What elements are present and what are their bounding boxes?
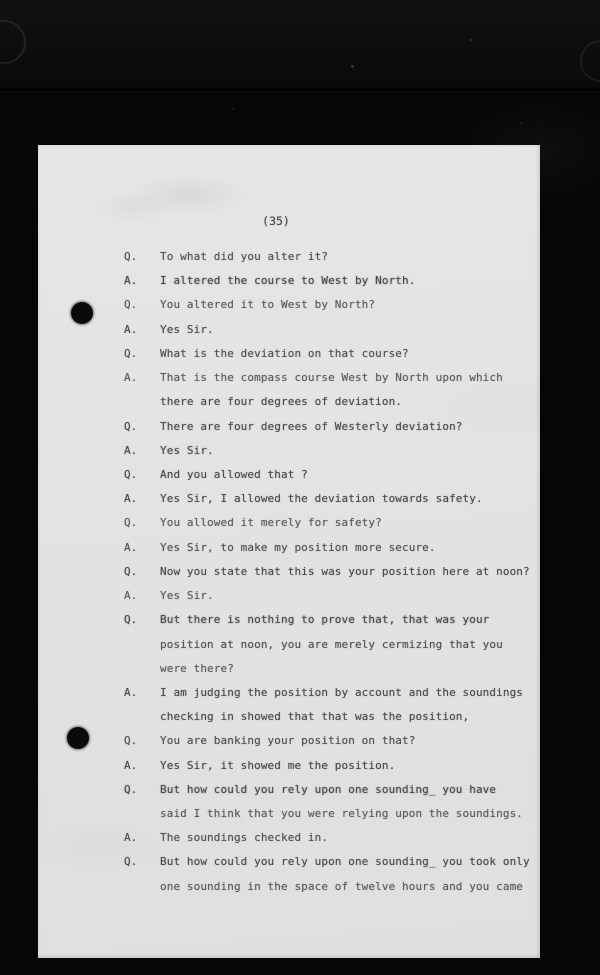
line-text: The soundings checked in. xyxy=(160,831,524,855)
line-text: You are banking your position on that? xyxy=(160,734,524,758)
transcript-line: A.Yes Sir, I allowed the deviation towar… xyxy=(124,492,524,516)
dust-speck xyxy=(60,97,62,99)
transcript-line: were there? xyxy=(124,662,524,686)
dust-speck xyxy=(470,39,472,41)
speaker-label: A. xyxy=(124,589,160,613)
speaker-label xyxy=(124,638,160,662)
transcript-line: Q.You are banking your position on that? xyxy=(124,734,524,758)
speaker-label: A. xyxy=(124,274,160,298)
transcript-line: one sounding in the space of twelve hour… xyxy=(124,880,524,904)
line-text: You altered it to West by North? xyxy=(160,298,524,322)
line-text: one sounding in the space of twelve hour… xyxy=(160,880,524,904)
line-text: I am judging the position by account and… xyxy=(160,686,524,710)
line-text: What is the deviation on that course? xyxy=(160,347,524,371)
transcript-line: A.I altered the course to West by North. xyxy=(124,274,524,298)
speaker-label: A. xyxy=(124,686,160,710)
speaker-label: A. xyxy=(124,759,160,783)
speaker-label xyxy=(124,710,160,734)
dust-speck xyxy=(232,108,234,110)
line-text: checking in showed that that was the pos… xyxy=(160,710,524,734)
speaker-label: Q. xyxy=(124,250,160,274)
transcript-line: Q.But how could you rely upon one soundi… xyxy=(124,855,524,879)
transcript-line: Q.There are four degrees of Westerly dev… xyxy=(124,420,524,444)
speaker-label: Q. xyxy=(124,468,160,492)
speaker-label: A. xyxy=(124,371,160,395)
transcript-lines: Q.To what did you alter it?A.I altered t… xyxy=(124,250,524,904)
line-text: But how could you rely upon one sounding… xyxy=(160,783,524,807)
transcript-line: A.Yes Sir, to make my position more secu… xyxy=(124,541,524,565)
film-top-band xyxy=(0,0,600,88)
dust-speck xyxy=(351,65,354,68)
scanned-page: (35) Q.To what did you alter it?A.I alte… xyxy=(38,145,540,958)
line-text: Yes Sir. xyxy=(160,589,524,613)
transcript-line: Q.To what did you alter it? xyxy=(124,250,524,274)
line-text: Now you state that this was your positio… xyxy=(160,565,530,589)
transcript-line: A.I am judging the position by account a… xyxy=(124,686,524,710)
line-text: Yes Sir, it showed me the position. xyxy=(160,759,524,783)
transcript-line: checking in showed that that was the pos… xyxy=(124,710,524,734)
transcript-line: there are four degrees of deviation. xyxy=(124,395,524,419)
speaker-label: Q. xyxy=(124,420,160,444)
line-text: You allowed it merely for safety? xyxy=(160,516,524,540)
speaker-label: Q. xyxy=(124,734,160,758)
speaker-label: Q. xyxy=(124,855,160,879)
speaker-label xyxy=(124,880,160,904)
transcript-line: A.That is the compass course West by Nor… xyxy=(124,371,524,395)
line-text: there are four degrees of deviation. xyxy=(160,395,524,419)
transcript-line: Q.And you allowed that ? xyxy=(124,468,524,492)
line-text: were there? xyxy=(160,662,524,686)
line-text: position at noon, you are merely cermizi… xyxy=(160,638,524,662)
speaker-label: Q. xyxy=(124,516,160,540)
speaker-label: A. xyxy=(124,831,160,855)
line-text: Yes Sir. xyxy=(160,323,524,347)
speaker-label: A. xyxy=(124,541,160,565)
speaker-label: Q. xyxy=(124,613,160,637)
line-text: There are four degrees of Westerly devia… xyxy=(160,420,524,444)
transcript-line: A.The soundings checked in. xyxy=(124,831,524,855)
line-text: But there is nothing to prove that, that… xyxy=(160,613,524,637)
line-text: Yes Sir, to make my position more secure… xyxy=(160,541,524,565)
transcript-line: Q.Now you state that this was your posit… xyxy=(124,565,524,589)
speaker-label: Q. xyxy=(124,565,160,589)
line-text: But how could you rely upon one sounding… xyxy=(160,855,530,879)
speaker-label: A. xyxy=(124,492,160,516)
line-text: And you allowed that ? xyxy=(160,468,524,492)
line-text: Yes Sir, I allowed the deviation towards… xyxy=(160,492,524,516)
speaker-label xyxy=(124,807,160,831)
line-text: That is the compass course West by North… xyxy=(160,371,524,395)
transcript-line: Q.You altered it to West by North? xyxy=(124,298,524,322)
speaker-label: Q. xyxy=(124,298,160,322)
transcript-line: A.Yes Sir. xyxy=(124,444,524,468)
line-text: Yes Sir. xyxy=(160,444,524,468)
film-background: (35) Q.To what did you alter it?A.I alte… xyxy=(0,0,600,975)
speaker-label xyxy=(124,662,160,686)
speaker-label: A. xyxy=(124,444,160,468)
transcript-line: Q.But there is nothing to prove that, th… xyxy=(124,613,524,637)
transcript-line: position at noon, you are merely cermizi… xyxy=(124,638,524,662)
speaker-label: Q. xyxy=(124,783,160,807)
transcript-line: A.Yes Sir, it showed me the position. xyxy=(124,759,524,783)
speaker-label: Q. xyxy=(124,347,160,371)
hole-punch-icon xyxy=(67,727,89,749)
transcript-line: Q.You allowed it merely for safety? xyxy=(124,516,524,540)
transcript-line: A.Yes Sir. xyxy=(124,323,524,347)
hole-punch-icon xyxy=(71,302,93,324)
speaker-label: A. xyxy=(124,323,160,347)
dust-speck xyxy=(520,122,522,124)
transcript-line: A.Yes Sir. xyxy=(124,589,524,613)
transcript-line: Q.What is the deviation on that course? xyxy=(124,347,524,371)
speaker-label xyxy=(124,395,160,419)
line-text: To what did you alter it? xyxy=(160,250,524,274)
line-text: said I think that you were relying upon … xyxy=(160,807,524,831)
line-text: I altered the course to West by North. xyxy=(160,274,524,298)
transcript-line: said I think that you were relying upon … xyxy=(124,807,524,831)
transcript-line: Q.But how could you rely upon one soundi… xyxy=(124,783,524,807)
page-number: (35) xyxy=(124,214,428,228)
